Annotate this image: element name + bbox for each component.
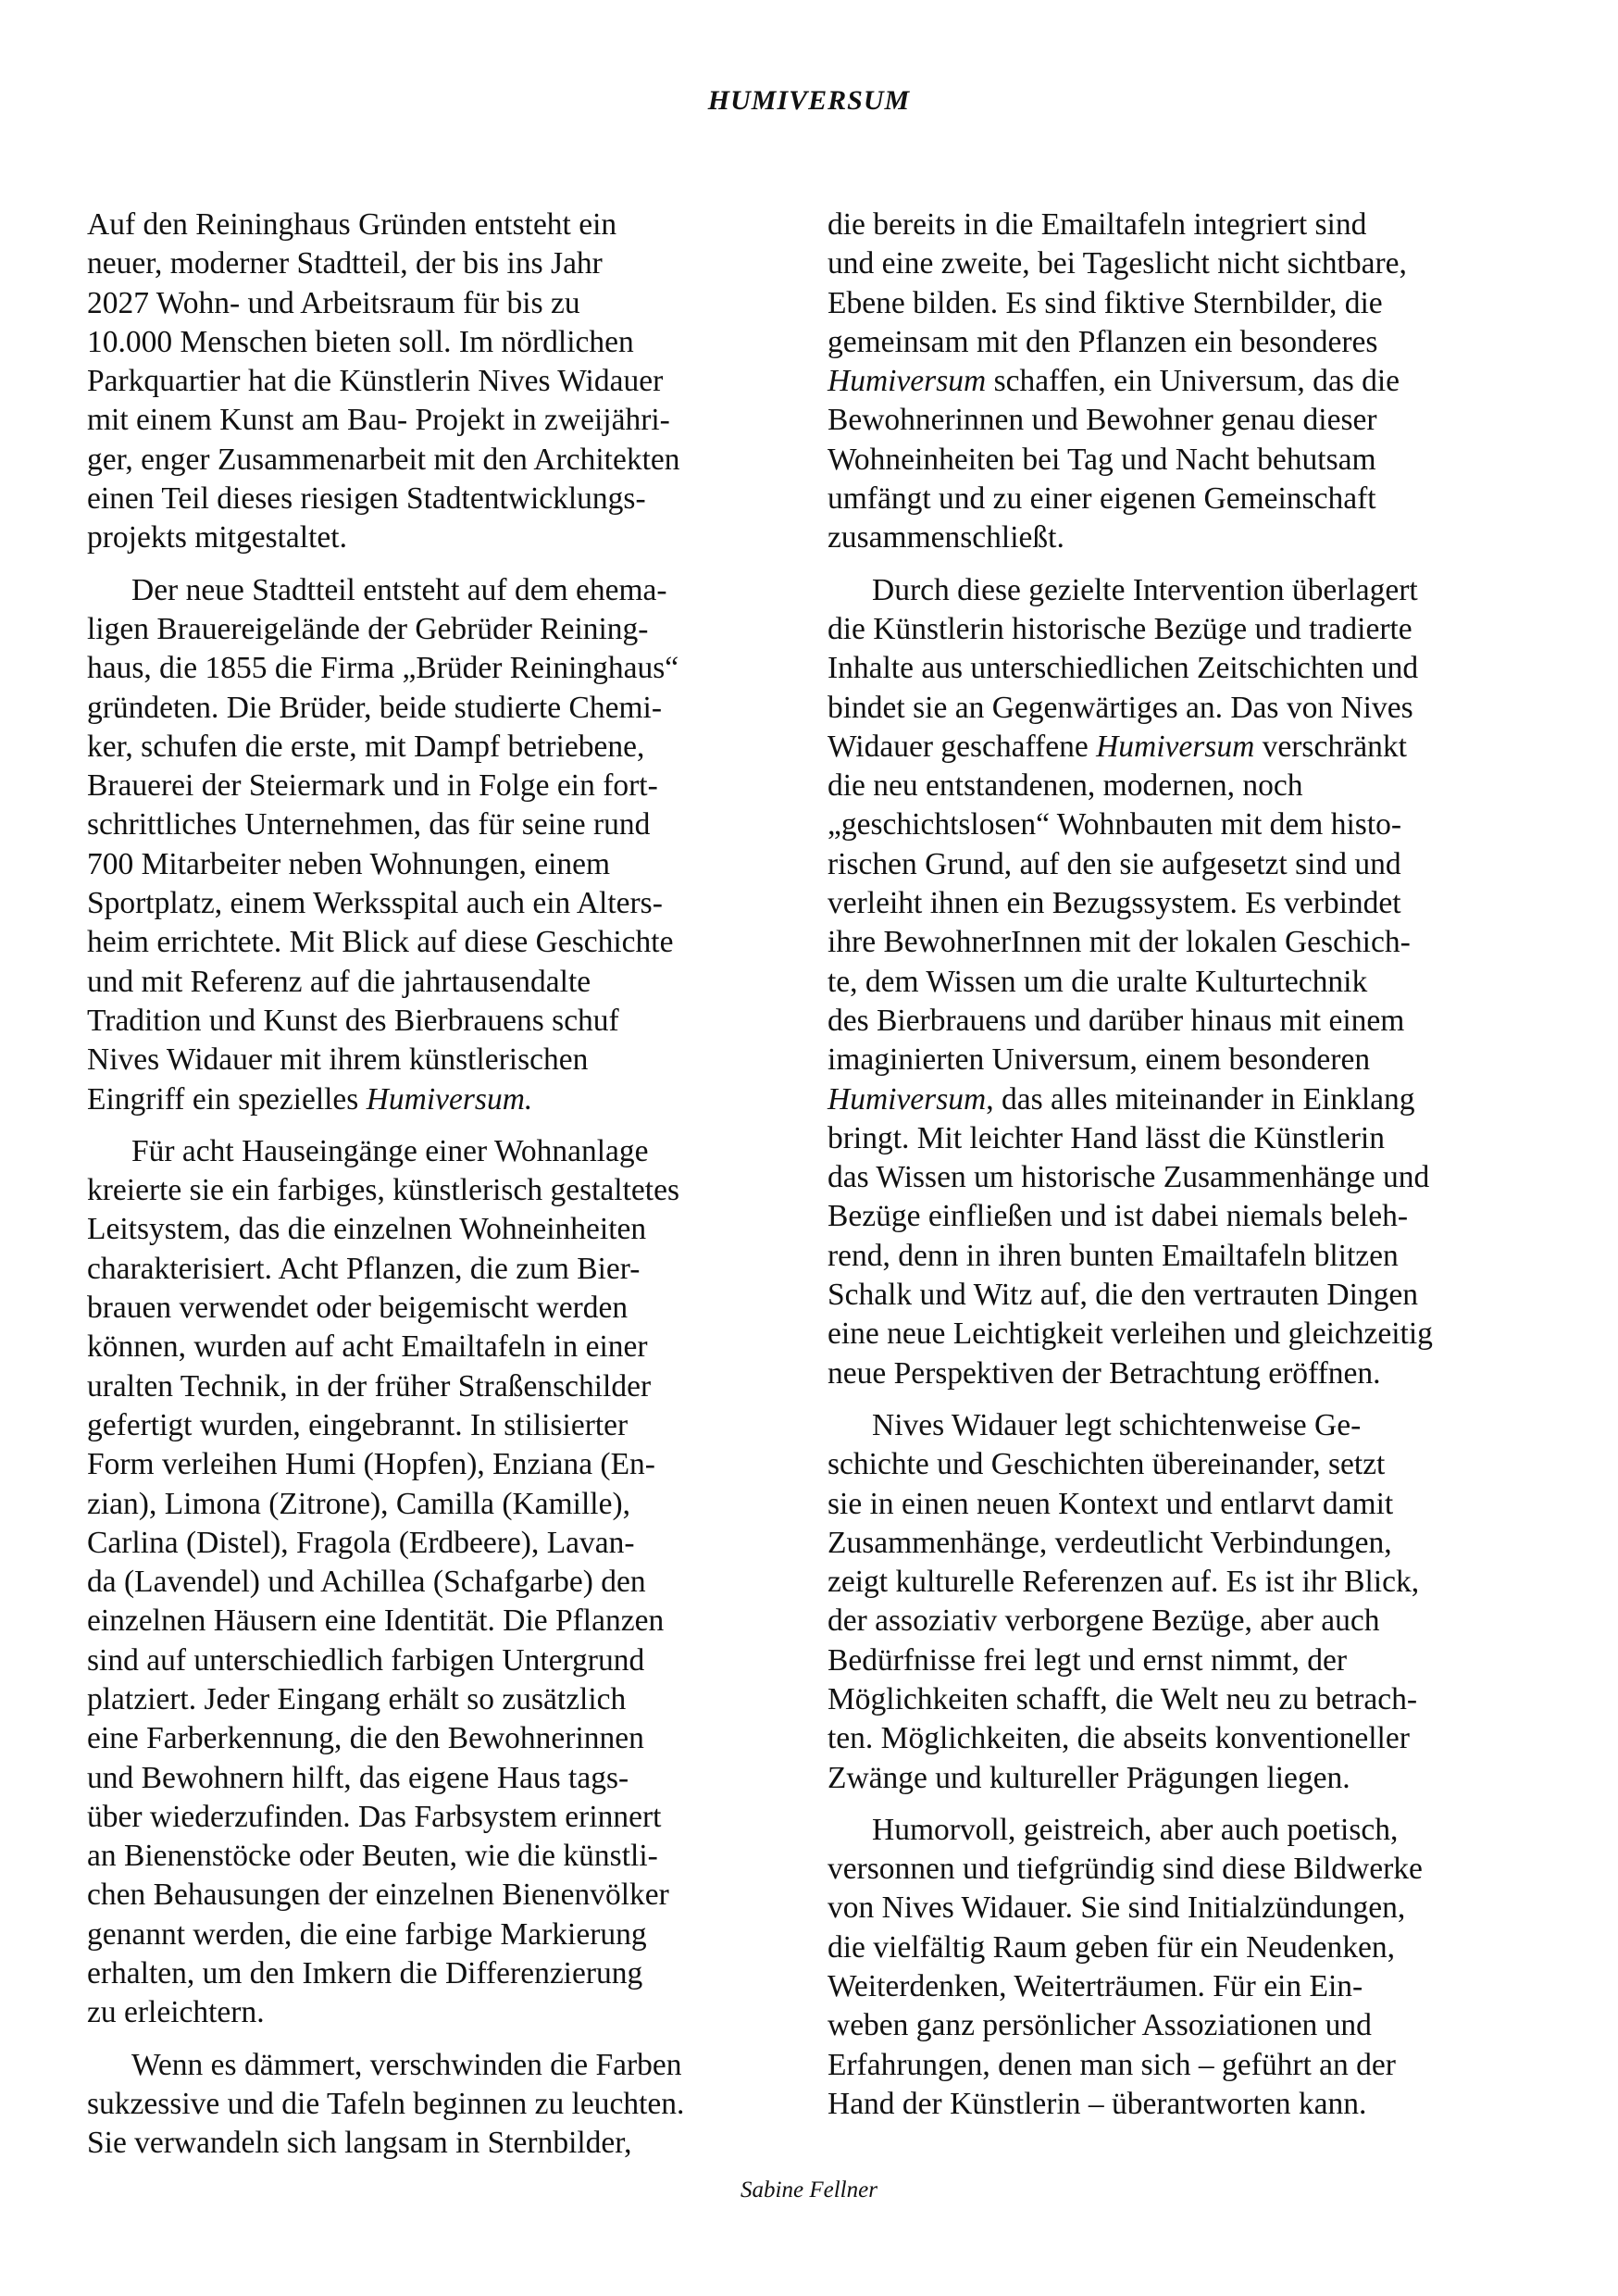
author-signature: Sabine Fellner: [0, 2177, 1618, 2203]
text-line: Wohneinheiten bei Tag und Nacht behutsam: [828, 441, 1559, 480]
paragraph-gap: [828, 1798, 1559, 1811]
text-line: an Bienenstöcke oder Beuten, wie die kün…: [87, 1837, 818, 1876]
paragraph-5: die bereits in die Emailtafeln integrier…: [828, 206, 1559, 558]
text-line: Form verleihen Humi (Hopfen), Enziana (E…: [87, 1445, 818, 1484]
text-line: Sie verwandeln sich langsam in Sternbild…: [87, 2124, 818, 2163]
text-line: über wiederzufinden. Das Farbsystem erin…: [87, 1798, 818, 1837]
text-line: des Bierbrauens und darüber hinaus mit e…: [828, 1002, 1559, 1041]
paragraph-gap: [828, 1393, 1559, 1406]
paragraph-gap: [87, 1119, 818, 1132]
text-line: sukzessive und die Tafeln beginnen zu le…: [87, 2085, 818, 2124]
text-line: rend, denn in ihren bunten Emailtafeln b…: [828, 1237, 1559, 1276]
text-line: heim errichtete. Mit Blick auf diese Ges…: [87, 923, 818, 962]
italic-term: Humiversum: [828, 1082, 986, 1117]
text-line: ihre BewohnerInnen mit der lokalen Gesch…: [828, 923, 1559, 962]
text-line: zusammenschließt.: [828, 518, 1559, 557]
text-line: zian), Limona (Zitrone), Camilla (Kamill…: [87, 1485, 818, 1524]
text-line: Ebene bilden. Es sind fiktive Sternbilde…: [828, 284, 1559, 323]
text-line: Nives Widauer legt schichtenweise Ge-: [828, 1406, 1559, 1445]
paragraph-1: Auf den Reininghaus Gründen entsteht ein…: [87, 206, 818, 558]
text-line: rischen Grund, auf den sie aufgesetzt si…: [828, 845, 1559, 884]
text-line: die Künstlerin historische Bezüge und tr…: [828, 610, 1559, 649]
text-line: Auf den Reininghaus Gründen entsteht ein: [87, 206, 818, 244]
paragraph-gap: [828, 558, 1559, 571]
text-line: Nives Widauer mit ihrem künstlerischen: [87, 1041, 818, 1079]
text-line: von Nives Widauer. Sie sind Initialzündu…: [828, 1889, 1559, 1928]
text-line: brauen verwendet oder beigemischt werden: [87, 1289, 818, 1328]
text-line: chen Behausungen der einzelnen Bienenvöl…: [87, 1876, 818, 1915]
text-line: erhalten, um den Imkern die Differenzier…: [87, 1954, 818, 1993]
text-line: umfängt und zu einer eigenen Gemeinschaf…: [828, 480, 1559, 518]
text-line: ker, schufen die erste, mit Dampf betrie…: [87, 728, 818, 767]
text-line: und eine zweite, bei Tageslicht nicht si…: [828, 244, 1559, 283]
text-line: Weiterdenken, Weiterträumen. Für ein Ein…: [828, 1967, 1559, 2006]
text-line: haus, die 1855 die Firma „Brüder Reining…: [87, 649, 818, 688]
text-fragment: verschränkt: [1254, 730, 1407, 764]
text-fragment: Widauer geschaffene: [828, 730, 1096, 764]
text-line: bringt. Mit leichter Hand lässt die Küns…: [828, 1119, 1559, 1158]
text-line: da (Lavendel) und Achillea (Schafgarbe) …: [87, 1563, 818, 1602]
left-column: Auf den Reininghaus Gründen entsteht ein…: [87, 206, 818, 2164]
paragraph-gap: [87, 2033, 818, 2046]
text-line: Der neue Stadtteil entsteht auf dem ehem…: [87, 571, 818, 610]
italic-term: Humiversum: [828, 364, 986, 398]
text-line: zeigt kulturelle Referenzen auf. Es ist …: [828, 1563, 1559, 1602]
text-line: können, wurden auf acht Emailtafeln in e…: [87, 1328, 818, 1366]
text-line: zu erleichtern.: [87, 1993, 818, 2032]
text-line: ligen Brauereigelände der Gebrüder Reini…: [87, 610, 818, 649]
text-line: Bezüge einfließen und ist dabei niemals …: [828, 1197, 1559, 1236]
paragraph-2: Der neue Stadtteil entsteht auf dem ehem…: [87, 571, 818, 1119]
text-line: verleiht ihnen ein Bezugssystem. Es verb…: [828, 884, 1559, 923]
text-line: Tradition und Kunst des Bierbrauens schu…: [87, 1002, 818, 1041]
text-line: imaginierten Universum, einem besonderen: [828, 1041, 1559, 1079]
text-line: Humiversum, das alles miteinander in Ein…: [828, 1080, 1559, 1119]
italic-term: Humiversum.: [367, 1082, 533, 1117]
text-line: Zusammenhänge, verdeutlicht Verbindungen…: [828, 1524, 1559, 1563]
text-fragment: , das alles miteinander in Einklang: [986, 1082, 1414, 1117]
italic-term: Humiversum: [1096, 730, 1254, 764]
text-line: charakterisiert. Acht Pflanzen, die zum …: [87, 1250, 818, 1289]
text-line: Wenn es dämmert, verschwinden die Farben: [87, 2046, 818, 2085]
text-line: Widauer geschaffene Humiversum verschrän…: [828, 728, 1559, 767]
text-line: Durch diese gezielte Intervention überla…: [828, 571, 1559, 610]
text-line: Erfahrungen, denen man sich – geführt an…: [828, 2046, 1559, 2085]
text-line: versonnen und tiefgründig sind diese Bil…: [828, 1850, 1559, 1889]
text-line: Sportplatz, einem Werksspital auch ein A…: [87, 884, 818, 923]
text-line: projekts mitgestaltet.: [87, 518, 818, 557]
text-line: Brauerei der Steiermark und in Folge ein…: [87, 767, 818, 805]
text-line: mit einem Kunst am Bau- Projekt in zweij…: [87, 401, 818, 440]
text-line: einzelnen Häusern eine Identität. Die Pf…: [87, 1602, 818, 1641]
text-line: ger, enger Zusammenarbeit mit den Archit…: [87, 441, 818, 480]
text-fragment: schaffen, ein Universum, das die: [986, 364, 1400, 398]
text-line: Eingriff ein spezielles Humiversum.: [87, 1080, 818, 1119]
text-line: Hand der Künstlerin – überantworten kann…: [828, 2085, 1559, 2124]
text-line: gemeinsam mit den Pflanzen ein besondere…: [828, 323, 1559, 362]
text-line: Bewohnerinnen und Bewohner genau dieser: [828, 401, 1559, 440]
text-line: sie in einen neuen Kontext und entlarvt …: [828, 1485, 1559, 1524]
paragraph-7: Nives Widauer legt schichtenweise Ge- sc…: [828, 1406, 1559, 1798]
text-line: Bedürfnisse frei legt und ernst nimmt, d…: [828, 1641, 1559, 1680]
text-line: Carlina (Distel), Fragola (Erdbeere), La…: [87, 1524, 818, 1563]
text-line: 10.000 Menschen bieten soll. Im nördlich…: [87, 323, 818, 362]
text-line: Zwänge und kultureller Prägungen liegen.: [828, 1759, 1559, 1798]
text-line: schichte und Geschichten übereinander, s…: [828, 1445, 1559, 1484]
text-line: Schalk und Witz auf, die den vertrauten …: [828, 1276, 1559, 1315]
text-line: Für acht Hauseingänge einer Wohnanlage: [87, 1132, 818, 1171]
text-line: genannt werden, die eine farbige Markier…: [87, 1915, 818, 1954]
text-line: ten. Möglichkeiten, die abseits konventi…: [828, 1719, 1559, 1758]
text-fragment: Eingriff ein spezielles: [87, 1082, 367, 1117]
text-line: und Bewohnern hilft, das eigene Haus tag…: [87, 1759, 818, 1798]
text-line: die vielfältig Raum geben für ein Neuden…: [828, 1928, 1559, 1967]
text-line: eine Farberkennung, die den Bewohnerinne…: [87, 1719, 818, 1758]
text-line: gründeten. Die Brüder, beide studierte C…: [87, 689, 818, 728]
paragraph-8: Humorvoll, geistreich, aber auch poetisc…: [828, 1811, 1559, 2124]
text-line: 700 Mitarbeiter neben Wohnungen, einem: [87, 845, 818, 884]
text-line: gefertigt wurden, eingebrannt. In stilis…: [87, 1406, 818, 1445]
page-title: HUMIVERSUM: [0, 85, 1618, 117]
text-line: weben ganz persönlicher Assoziationen un…: [828, 2006, 1559, 2045]
paragraph-gap: [87, 558, 818, 571]
text-line: eine neue Leichtigkeit verleihen und gle…: [828, 1315, 1559, 1354]
right-column: die bereits in die Emailtafeln integrier…: [828, 206, 1559, 2124]
text-line: und mit Referenz auf die jahrtausendalte: [87, 963, 818, 1002]
paragraph-6: Durch diese gezielte Intervention überla…: [828, 571, 1559, 1393]
text-line: uralten Technik, in der früher Straßensc…: [87, 1367, 818, 1406]
text-line: neue Perspektiven der Betrachtung eröffn…: [828, 1354, 1559, 1393]
text-line: sind auf unterschiedlich farbigen Unterg…: [87, 1641, 818, 1680]
text-line: platziert. Jeder Eingang erhält so zusät…: [87, 1680, 818, 1719]
text-line: te, dem Wissen um die uralte Kulturtechn…: [828, 963, 1559, 1002]
text-line: Humorvoll, geistreich, aber auch poetisc…: [828, 1811, 1559, 1850]
text-line: schrittliches Unternehmen, das für seine…: [87, 805, 818, 844]
text-line: Humiversum schaffen, ein Universum, das …: [828, 362, 1559, 401]
text-line: die bereits in die Emailtafeln integrier…: [828, 206, 1559, 244]
text-line: Leitsystem, das die einzelnen Wohneinhei…: [87, 1210, 818, 1249]
text-line: 2027 Wohn- und Arbeitsraum für bis zu: [87, 284, 818, 323]
paragraph-3: Für acht Hauseingänge einer Wohnanlage k…: [87, 1132, 818, 2033]
text-line: Parkquartier hat die Künstlerin Nives Wi…: [87, 362, 818, 401]
paragraph-4: Wenn es dämmert, verschwinden die Farben…: [87, 2046, 818, 2164]
text-line: die neu entstandenen, modernen, noch: [828, 767, 1559, 805]
text-line: bindet sie an Gegenwärtiges an. Das von …: [828, 689, 1559, 728]
text-line: neuer, moderner Stadtteil, der bis ins J…: [87, 244, 818, 283]
text-line: kreierte sie ein farbiges, künstlerisch …: [87, 1171, 818, 1210]
text-line: einen Teil dieses riesigen Stadtentwickl…: [87, 480, 818, 518]
text-line: Möglichkeiten schafft, die Welt neu zu b…: [828, 1680, 1559, 1719]
text-line: Inhalte aus unterschiedlichen Zeitschich…: [828, 649, 1559, 688]
text-line: der assoziativ verborgene Bezüge, aber a…: [828, 1602, 1559, 1641]
text-line: das Wissen um historische Zusammenhänge …: [828, 1158, 1559, 1197]
text-line: „geschichtslosen“ Wohnbauten mit dem his…: [828, 805, 1559, 844]
